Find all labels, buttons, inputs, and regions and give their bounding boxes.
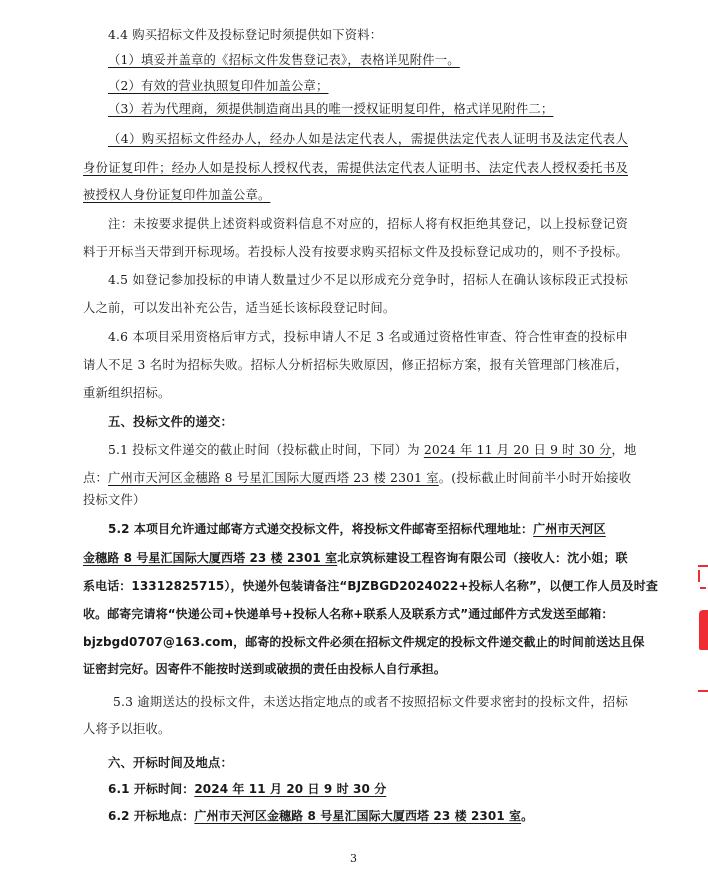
para-5-1-line-1: 5.1 投标文件递交的截止时间（投标截止时间，下同）为 2024 年 11 月 …: [108, 442, 628, 458]
stamp-edge-bottom: [698, 690, 708, 692]
para-5-1-text-a: 5.1 投标文件递交的截止时间（投标截止时间，下同）为: [108, 443, 424, 457]
document-page: 4.4 购买招标文件及投标登记时须提供如下资料： （1）填妥并盖章的《招标文件发…: [0, 0, 708, 873]
stamp-mark-2: [700, 587, 706, 589]
item-4-line-3: 被授权人身份证复印件加盖公章。: [83, 187, 628, 203]
para-5-2-line-2: 金穗路 8 号星汇国际大厦西塔 23 楼 2301 室北京筑标建设工程咨询有限公…: [83, 550, 628, 566]
submission-address: 广州市天河区金穗路 8 号星汇国际大厦西塔 23 楼 2301 室: [108, 471, 439, 485]
stamp-edge-top: [698, 565, 708, 567]
para-5-1-text-b: ，地: [612, 443, 637, 457]
para-5-2-line-6: 证密封完好。因寄件不能按时送到或破损的责任由投标人自行承担。: [83, 661, 628, 677]
item-4-line-2: 身份证复印件；经办人如是投标人授权代表，需提供法定代表人证明书、法定代表人授权委…: [83, 160, 628, 176]
section-5-heading: 五、投标文件的递交：: [108, 414, 628, 430]
para-5-3-line-1: 5.3 逾期送达的投标文件，未送达指定地点的或者不按照招标文件要求密封的投标文件…: [113, 694, 628, 710]
item-2-text: （2）有效的营业执照复印件加盖公章；: [108, 79, 328, 93]
para-6-2: 6.2 开标地点：广州市天河区金穗路 8 号星汇国际大厦西塔 23 楼 2301…: [108, 808, 628, 824]
item-1-text: （1）填妥并盖章的《招标文件发售登记表》，表格详见附件一。: [108, 53, 460, 67]
opening-place-label: 6.2 开标地点：: [108, 809, 194, 823]
para-4-4: 4.4 购买招标文件及投标登记时须提供如下资料：: [108, 27, 628, 43]
opening-place-period: 。: [521, 809, 533, 823]
item-1: （1）填妥并盖章的《招标文件发售登记表》，表格详见附件一。: [108, 52, 628, 68]
para-5-2-line-1: 5.2 本项目允许通过邮寄方式递交投标文件，将投标文件邮寄至招标代理地址：广州市…: [108, 521, 628, 537]
para-5-2-text-a: 5.2 本项目允许通过邮寄方式递交投标文件，将投标文件邮寄至招标代理地址：: [108, 522, 533, 536]
opening-time-value: 2024 年 11 月 20 日 9 时 30 分: [194, 782, 386, 796]
para-5-1-text-c: 点：: [83, 471, 108, 485]
para-4-6-line-2: 请人不足 3 名时为招标失败。招标人分析招标失败原因，修正招标方案，报有关管理部…: [83, 357, 628, 373]
para-4-6-line-3: 重新组织招标。: [83, 385, 628, 401]
para-5-2-line-5: bjzbgd0707@163.com，邮寄的投标文件必须在招标文件规定的投标文件…: [83, 634, 628, 650]
item-2: （2）有效的营业执照复印件加盖公章；: [108, 78, 628, 94]
para-4-5-line-2: 人之前，可以发出补充公告，适当延长该标段登记时间。: [83, 300, 628, 316]
para-5-2-line-4: 收。邮寄完请将“快递公司+快递单号+投标人名称+联系人及联系方式”通过邮件方式发…: [83, 606, 628, 622]
section-6-heading: 六、开标时间及地点：: [108, 755, 628, 771]
para-5-2-line-3: 系电话：13312825715），快递外包装请备注“BJZBGD2024022+…: [83, 578, 628, 594]
para-4-6-line-1: 4.6 本项目采用资格后审方式，投标申请人不足 3 名或通过资格性审查、符合性审…: [108, 329, 628, 345]
para-5-1-line-2: 点：广州市天河区金穗路 8 号星汇国际大厦西塔 23 楼 2301 室。(投标截…: [83, 470, 628, 486]
item-4-line-3-text: 被授权人身份证复印件加盖公章。: [83, 188, 270, 202]
para-5-1-line-3: 投标文件）: [83, 492, 628, 508]
stamp-mark-1: [698, 570, 700, 582]
para-5-2-text-b: 北京筑标建设工程咨询有限公司（接收人：沈小姐；联: [337, 551, 627, 565]
item-3-text: （3）若为代理商，须提供制造商出具的唯一授权证明复印件，格式详见附件二；: [108, 102, 553, 116]
opening-time-label: 6.1 开标时间：: [108, 782, 194, 796]
note-line-2: 料于开标当天带到开标现场。若投标人没有按要求购买招标文件及投标登记成功的，则不予…: [83, 244, 628, 260]
para-6-1: 6.1 开标时间：2024 年 11 月 20 日 9 时 30 分: [108, 781, 628, 797]
page-number: 3: [350, 852, 357, 865]
para-4-5-line-1: 4.5 如登记参加投标的申请人数量过少不足以形成充分竞争时，招标人在确认该标段正…: [108, 272, 628, 288]
deadline-datetime: 2024 年 11 月 20 日 9 时 30 分: [424, 443, 612, 457]
note-line-1: 注：未按要求提供上述资料或资料信息不对应的，招标人将有权拒绝其登记，以上投标登记…: [108, 216, 628, 232]
agent-address-part-2: 金穗路 8 号星汇国际大厦西塔 23 楼 2301 室: [83, 551, 337, 565]
item-4-line-1: （4）购买招标文件经办人，经办人如是法定代表人，需提供法定代表人证明书及法定代表…: [108, 131, 628, 147]
stamp-fill: [699, 610, 708, 650]
para-5-1-text-d: 。(投标截止时间前半小时开始接收: [439, 471, 631, 485]
agent-address-part-1: 广州市天河区: [533, 522, 606, 536]
opening-place-value: 广州市天河区金穗路 8 号星汇国际大厦西塔 23 楼 2301 室: [194, 809, 521, 823]
para-5-3-line-2: 人将予以拒收。: [83, 721, 628, 737]
item-3: （3）若为代理商，须提供制造商出具的唯一授权证明复印件，格式详见附件二；: [108, 101, 628, 117]
